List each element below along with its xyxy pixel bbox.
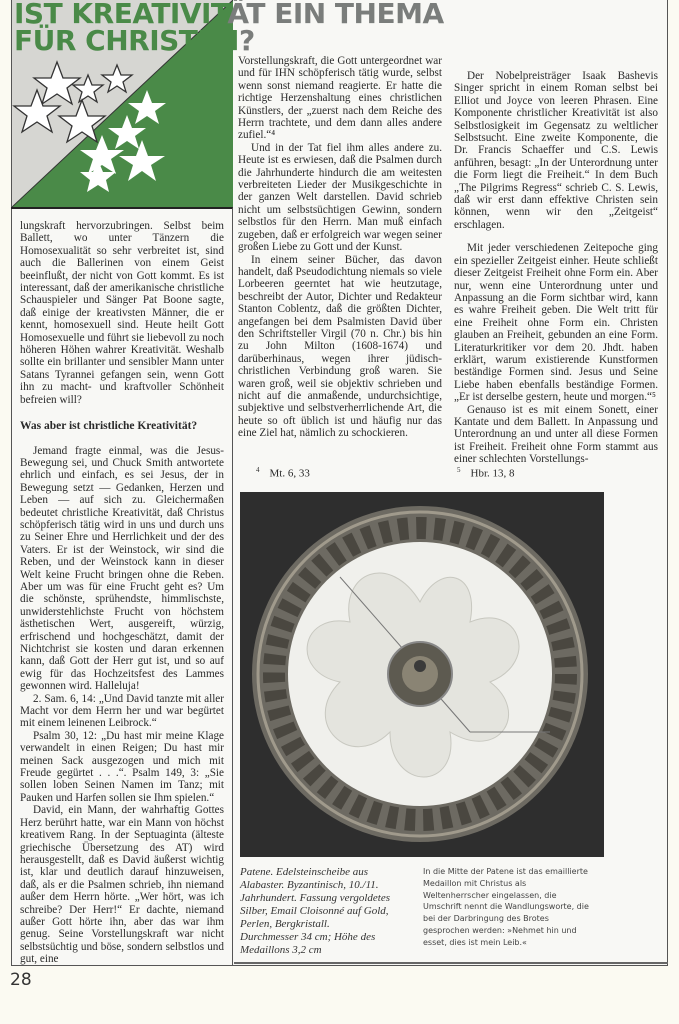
paragraph: Jemand fragte einmal, was die Jesus-Bewe… — [20, 445, 224, 693]
title-line-2: für Christen? — [14, 27, 444, 54]
footnote-5: 5Hbr. 13, 8 — [457, 466, 515, 480]
column-2: Vorstellungskraft, die Gott untergeordne… — [238, 55, 442, 440]
paragraph: lungskraft hervorzubringen. Selbst beim … — [20, 220, 224, 406]
footnote-4: 4Mt. 6, 33 — [256, 466, 310, 480]
bottom-rule — [234, 962, 668, 964]
column-3: Der Nobelpreisträger Isaak Bashevis Sing… — [454, 70, 658, 466]
paragraph: Genauso ist es mit einem Sonett, einer K… — [454, 404, 658, 466]
paragraph: Mit jeder verschiedenen Zeitepoche ging … — [454, 242, 658, 403]
article-title: Ist Kreativität ein Thema für Christen? — [14, 0, 444, 54]
paragraph: Der Nobelpreisträger Isaak Bashevis Sing… — [454, 70, 658, 231]
figure-caption-left: Patene. Edelsteinscheibe aus Alabaster. … — [240, 866, 390, 957]
paragraph: 2. Sam. 6, 14: „Und David tanzte mit all… — [20, 693, 224, 730]
column-1: lungskraft hervorzubringen. Selbst beim … — [20, 220, 224, 966]
paragraph: Und in der Tat fiel ihm alles andere zu.… — [238, 142, 442, 254]
page-number: 28 — [10, 970, 32, 990]
section-heading: Was aber ist christliche Kreativität? — [20, 420, 224, 432]
paten-photo — [240, 492, 604, 857]
paragraph: David, ein Mann, der wahrhaftig Gottes H… — [20, 804, 224, 965]
paragraph: Psalm 30, 12: „Du hast mir meine Klage v… — [20, 730, 224, 804]
title-line-1: Ist Kreativität ein Thema — [14, 0, 444, 27]
paragraph: Vorstellungskraft, die Gott untergeordne… — [238, 55, 442, 142]
figure-caption-right: In die Mitte der Patene ist das emaillie… — [423, 866, 593, 949]
paten-image — [240, 492, 604, 857]
paragraph: In einem seiner Bücher, das davon handel… — [238, 254, 442, 440]
